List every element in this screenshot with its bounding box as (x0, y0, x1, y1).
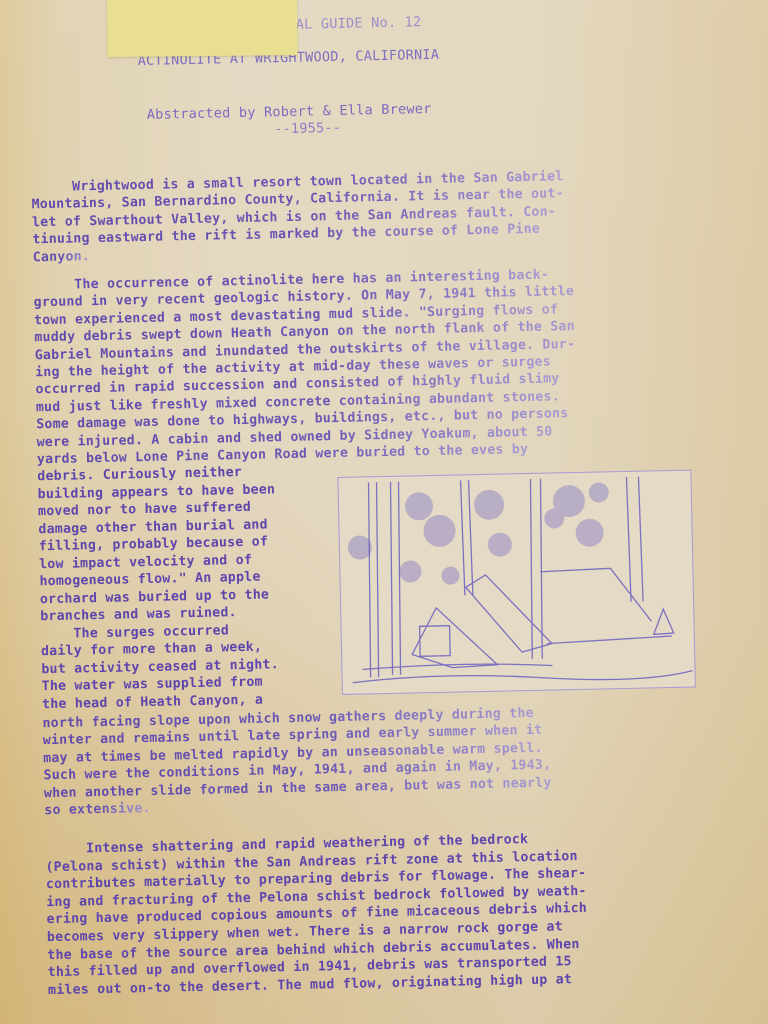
sticky-note (107, 0, 298, 57)
document-page: MINERAL GUIDE No. 12 ACTINOLITE AT WRIGH… (0, 0, 768, 1024)
cabin-sketch-icon (338, 471, 694, 694)
text-line: so extensive. (44, 800, 151, 819)
text-line: Canyon. (33, 248, 91, 266)
publication-year: --1955-- (274, 120, 341, 138)
cabin-illustration (337, 470, 695, 695)
text-line: the head of Heath Canyon, a (42, 691, 263, 713)
